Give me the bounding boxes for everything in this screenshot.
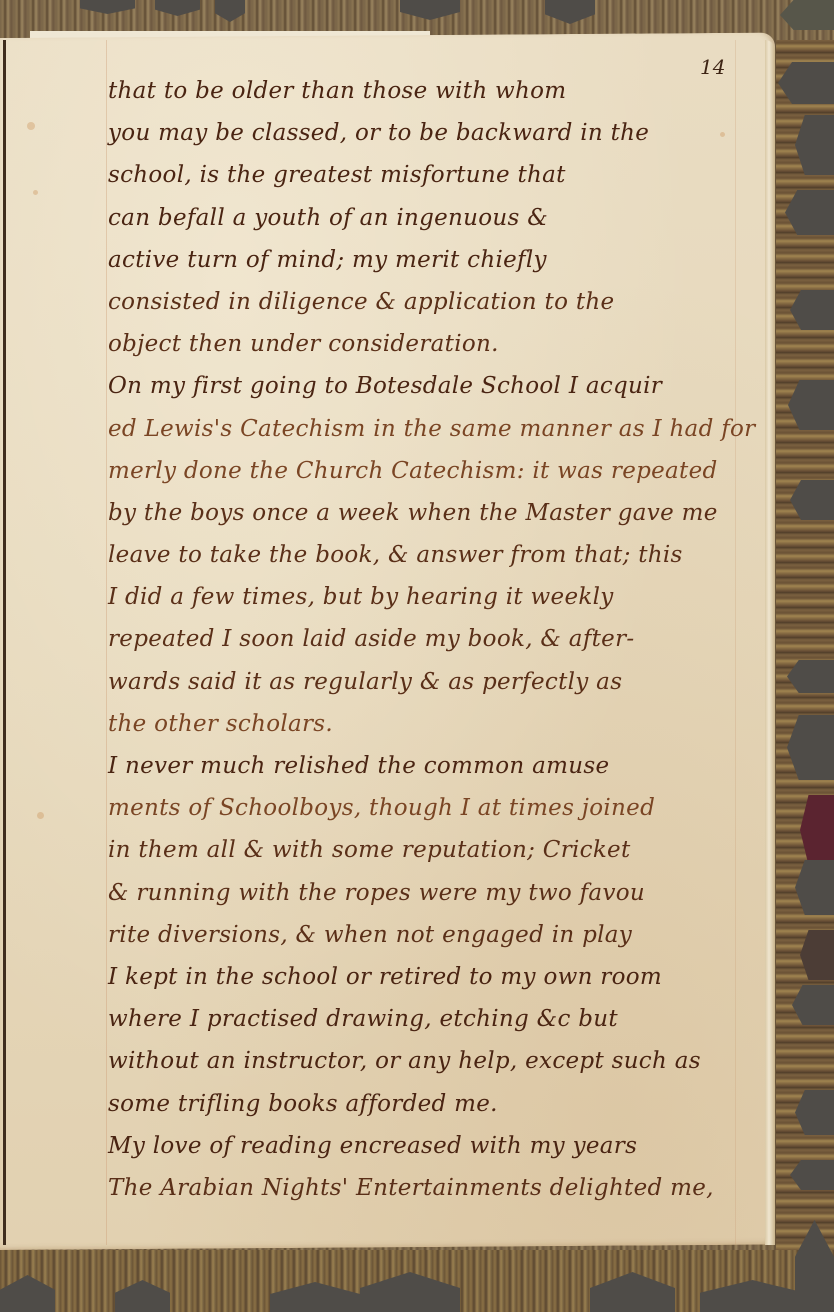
text-line: school, is the greatest misfortune that (108, 154, 748, 196)
text-line: & running with the ropes were my two fav… (108, 872, 748, 914)
text-line: My love of reading encreased with my yea… (108, 1125, 748, 1167)
text-line: in them all & with some reputation; Cric… (108, 829, 748, 871)
text-line: On my first going to Botesdale School I … (108, 365, 748, 407)
foxing-spot (37, 812, 44, 819)
left-margin-rule (106, 40, 107, 1245)
text-line: The Arabian Nights' Entertainments delig… (108, 1167, 748, 1209)
binding-gutter-line (3, 40, 6, 1245)
text-line: active turn of mind; my merit chiefly (108, 239, 748, 281)
handwritten-text: that to be older than those with whom yo… (108, 70, 748, 1209)
page-fore-edge (765, 40, 775, 1245)
text-line: by the boys once a week when the Master … (108, 492, 748, 534)
text-line: consisted in diligence & application to … (108, 281, 748, 323)
text-line: leave to take the book, & answer from th… (108, 534, 748, 576)
text-line: I did a few times, but by hearing it wee… (108, 576, 748, 618)
text-line: I never much relished the common amuse (108, 745, 748, 787)
text-line: the other scholars. (108, 703, 748, 745)
text-line: some trifling books afforded me. (108, 1083, 748, 1125)
text-line: repeated I soon laid aside my book, & af… (108, 618, 748, 660)
text-line: you may be classed, or to be backward in… (108, 112, 748, 154)
text-line: I kept in the school or retired to my ow… (108, 956, 748, 998)
text-line: wards said it as regularly & as perfectl… (108, 661, 748, 703)
text-line: rite diversions, & when not engaged in p… (108, 914, 748, 956)
text-line: ments of Schoolboys, though I at times j… (108, 787, 748, 829)
text-line: merly done the Church Catechism: it was … (108, 450, 748, 492)
text-line: ed Lewis's Catechism in the same manner … (108, 408, 748, 450)
text-line: where I practised drawing, etching &c bu… (108, 998, 748, 1040)
text-line: that to be older than those with whom (108, 70, 748, 112)
text-line: object then under consideration. (108, 323, 748, 365)
text-line: without an instructor, or any help, exce… (108, 1040, 748, 1082)
text-line: can befall a youth of an ingenuous & (108, 197, 748, 239)
foxing-spot (33, 190, 38, 195)
foxing-spot (27, 122, 35, 130)
